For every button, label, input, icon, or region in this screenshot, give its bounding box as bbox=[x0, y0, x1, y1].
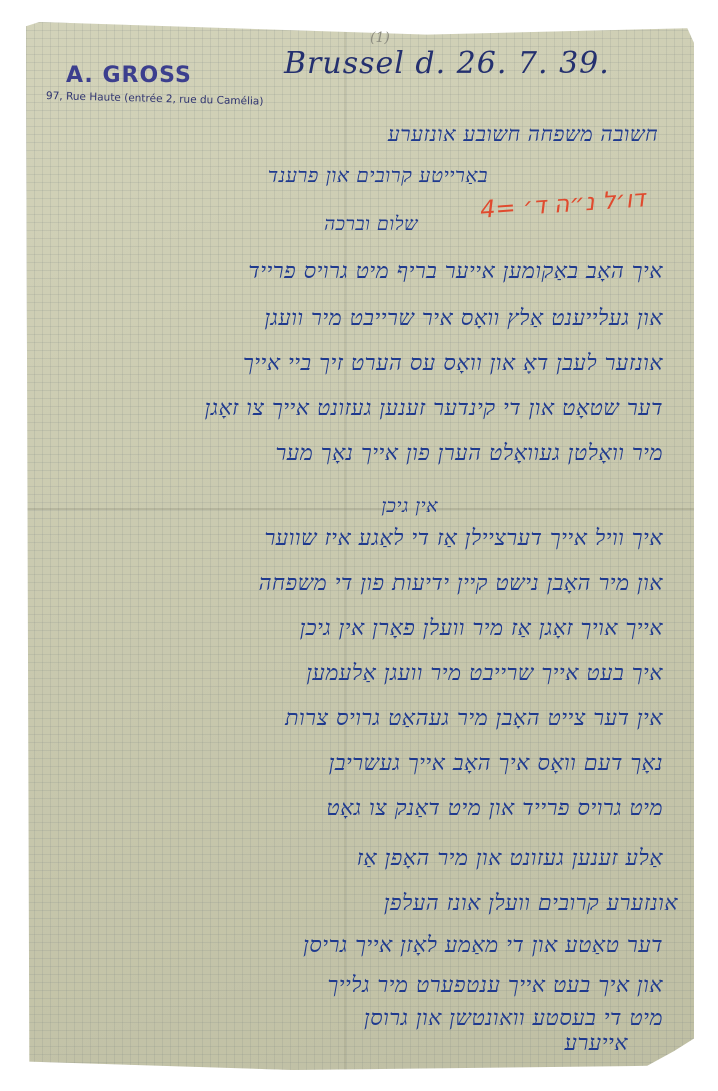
body-line: איך האָב באַקומען אייער בריף מיט גרויס פ… bbox=[248, 258, 663, 284]
body-line: איך בעט אייך שרייבט מיר וועגן אַלעמען bbox=[306, 660, 663, 686]
body-line: אונזער לעבן דאָ און וואָס עס הערט זיך בי… bbox=[243, 350, 663, 376]
body-line: איך וויל אייך דערציילן אַז די לאַגע איז … bbox=[264, 525, 663, 551]
body-line: נאָך דעם וואָס איך האָב אייך געשריבן bbox=[329, 750, 663, 776]
body-line: און מיר האָבן נישט קיין ידיעות פון די מש… bbox=[259, 570, 663, 596]
body-line: און איך בעט אייך ענטפערט מיר גלייך bbox=[327, 972, 663, 998]
body-line: מיט די בעסטע וואונטשן און גרוסן bbox=[364, 1005, 663, 1031]
body-line: און געלייענט אַלץ וואָס איר שרייבט מיר ו… bbox=[264, 305, 663, 331]
place-date-line: Brussel d. 26. 7. 39. bbox=[284, 46, 610, 81]
body-line: מיר וואָלטן געוואָלט הערן פון אייך נאָך … bbox=[276, 440, 664, 466]
body-line: מיט גרויס פרייד און מיט דאַנק צו גאָט bbox=[326, 795, 663, 821]
horizontal-fold-crease bbox=[26, 508, 694, 510]
salutation-line: חשובה משפחה חשובע אונזערע bbox=[388, 122, 658, 147]
body-line: אין גיכן bbox=[381, 495, 438, 518]
body-line: אַלע זענען געזונט און מיר האָפן אַז bbox=[357, 845, 663, 871]
letterhead-name: A. GROSS bbox=[66, 63, 192, 88]
body-line: דער שטאָט און די קינדער זענען געזונט איי… bbox=[205, 395, 663, 421]
salutation-line: באַרייטע קרובים און פרענד bbox=[268, 163, 488, 188]
body-line: אין דער צייט האָבן מיר געהאַט גרויס צרות bbox=[285, 705, 663, 731]
page-number-mark: (1) bbox=[370, 30, 390, 46]
body-line: אייך אויך זאָגן אַז מיר וועלן פאָרן אין … bbox=[300, 615, 663, 641]
body-line: דער טאַטע און די מאַמע לאָזן אייך גריסן bbox=[303, 932, 663, 958]
body-line: אונזערע קרובים וועלן אונז העלפן bbox=[384, 890, 678, 916]
salutation-line: שלום וברכה bbox=[324, 213, 418, 236]
body-line: אייערע bbox=[565, 1030, 628, 1056]
